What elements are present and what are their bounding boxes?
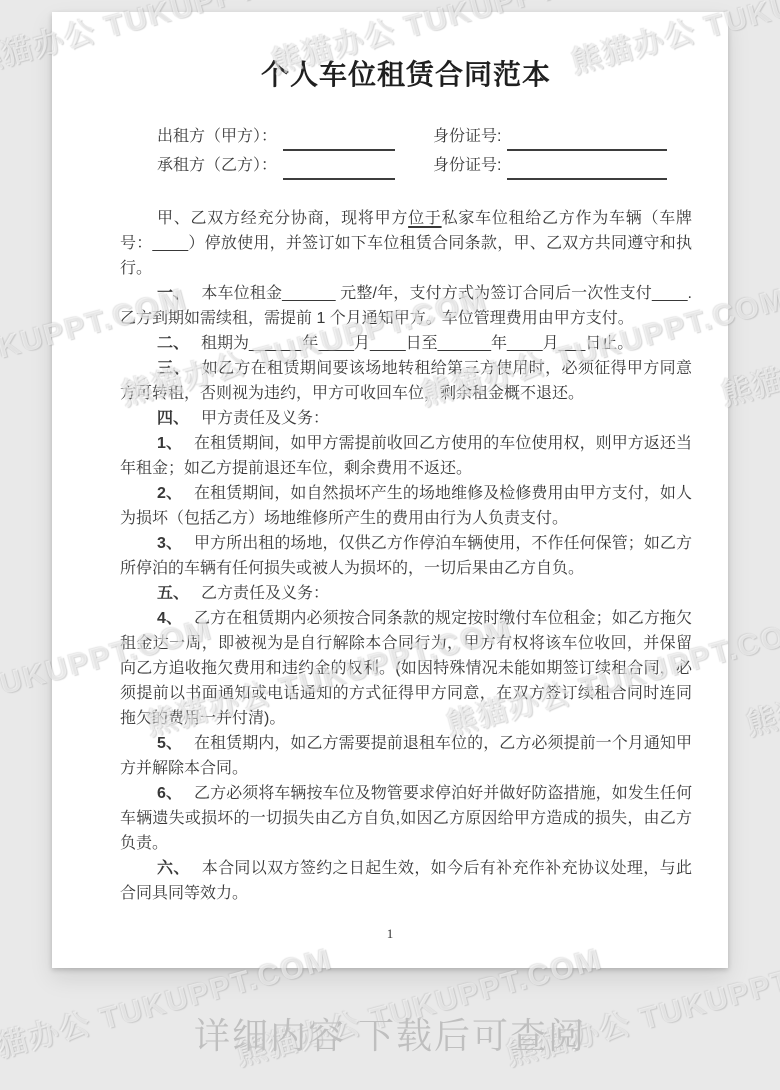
clause-paragraph: 六、本合同以双方签约之日起生效，如今后有补充作补充协议处理，与此合同具同等效力。 — [120, 856, 692, 906]
clause-marker: 五、 — [157, 585, 189, 602]
clause-paragraph: 6、乙方必须将车辆按车位及物管要求停泊好并做好防盗措施，如发生任何车辆遗失或损坏… — [120, 781, 692, 856]
clause-marker: 3、 — [157, 535, 182, 552]
clause-text: 租期为______年____月____日至______年____月___日止。 — [201, 335, 633, 352]
party-row-lessee: 承租方（乙方）： 身份证号: — [157, 151, 692, 180]
clause-marker: 1、 — [157, 435, 182, 452]
clause-paragraph: 二、租期为______年____月____日至______年____月___日止… — [120, 331, 692, 356]
clause-paragraph: 2、在租赁期间，如自然损坏产生的场地维修及检修费用由甲方支付，如人为损坏（包括乙… — [120, 481, 692, 531]
clause-paragraph: 1、在租赁期间，如甲方需提前收回乙方使用的车位使用权，则甲方返还当年租金；如乙方… — [120, 431, 692, 481]
lessee-name-blank — [283, 158, 395, 180]
clause-marker: 二、 — [157, 335, 189, 352]
clause-text: 本合同以双方签约之日起生效，如今后有补充作补充协议处理，与此合同具同等效力。 — [120, 860, 692, 902]
clause-text: 在租赁期内，如乙方需要提前退租车位的，乙方必须提前一个月通知甲方并解除本合同。 — [120, 735, 692, 777]
clause-paragraph: 三、如乙方在租赁期间要该场地转租给第三方使用时，必须征得甲方同意方可转租，否则视… — [120, 356, 692, 406]
lessor-id-label: 身份证号: — [433, 122, 501, 151]
page-number: 1 — [52, 926, 728, 942]
footer-caption: 详细内容 下载后可查阅 — [0, 1014, 780, 1057]
lessor-id-blank — [507, 129, 667, 151]
lessee-id-label: 身份证号: — [433, 151, 501, 180]
intro-pre-text: 甲、乙双方经充分协商，现将甲方 — [157, 210, 408, 227]
clause-paragraph: 五、乙方责任及义务： — [120, 581, 692, 606]
clause-text: 本车位租金______ 元整/年，支付方式为签订合同后一次性支付____.乙方到… — [120, 285, 692, 327]
clause-marker: 四、 — [157, 410, 189, 427]
clause-marker: 6、 — [157, 785, 182, 802]
clause-text: 在租赁期间，如甲方需提前收回乙方使用的车位使用权，则甲方返还当年租金；如乙方提前… — [120, 435, 692, 477]
clause-text: 乙方在租赁期内必须按合同条款的规定按时缴付车位租金；如乙方拖欠租金达一周，即被视… — [120, 610, 692, 727]
clause-paragraph: 四、甲方责任及义务： — [120, 406, 692, 431]
lessee-id-blank — [507, 158, 667, 180]
clause-marker: 2、 — [157, 485, 182, 502]
contract-body: 甲、乙双方经充分协商，现将甲方位于私家车位租给乙方作为车辆（车牌号：____）停… — [120, 206, 692, 906]
clause-text: 甲方责任及义务： — [201, 410, 329, 427]
clause-text: 乙方责任及义务： — [201, 585, 329, 602]
clause-text: 甲方所出租的场地，仅供乙方作停泊车辆使用，不作任何保管；如乙方所停泊的车辆有任何… — [120, 535, 692, 577]
party-row-lessor: 出租方（甲方）： 身份证号: — [157, 122, 692, 151]
clause-paragraph: 5、在租赁期内，如乙方需要提前退租车位的，乙方必须提前一个月通知甲方并解除本合同… — [120, 731, 692, 781]
clause-text: 在租赁期间，如自然损坏产生的场地维修及检修费用由甲方支付，如人为损坏（包括乙方）… — [120, 485, 692, 527]
clause-paragraph: 4、乙方在租赁期内必须按合同条款的规定按时缴付车位租金；如乙方拖欠租金达一周，即… — [120, 606, 692, 731]
clause-text: 乙方必须将车辆按车位及物管要求停泊好并做好防盗措施，如发生任何车辆遗失或损坏的一… — [120, 785, 692, 852]
clause-marker: 5、 — [157, 735, 182, 752]
lessor-name-blank — [283, 129, 395, 151]
page-background: 个人车位租赁合同范本 出租方（甲方）： 身份证号: 承租方（乙方）： 身份证号:… — [0, 0, 780, 1090]
clause-paragraph: 一、本车位租金______ 元整/年，支付方式为签订合同后一次性支付____.乙… — [120, 281, 692, 331]
parties-block: 出租方（甲方）： 身份证号: 承租方（乙方）： 身份证号: — [157, 122, 692, 180]
lessor-label: 出租方（甲方）： — [157, 122, 277, 151]
lessee-label: 承租方（乙方）： — [157, 151, 277, 180]
clause-text: 如乙方在租赁期间要该场地转租给第三方使用时，必须征得甲方同意方可转租，否则视为违… — [120, 360, 692, 402]
intro-paragraph: 甲、乙双方经充分协商，现将甲方位于私家车位租给乙方作为车辆（车牌号：____）停… — [120, 206, 692, 281]
document-page: 个人车位租赁合同范本 出租方（甲方）： 身份证号: 承租方（乙方）： 身份证号:… — [52, 12, 728, 968]
clause-marker: 4、 — [157, 610, 182, 627]
intro-underlined-text: 位于 — [408, 210, 441, 227]
clause-marker: 六、 — [157, 860, 190, 877]
clause-paragraph: 3、甲方所出租的场地，仅供乙方作停泊车辆使用，不作任何保管；如乙方所停泊的车辆有… — [120, 531, 692, 581]
document-title: 个人车位租赁合同范本 — [120, 58, 692, 92]
clause-marker: 三、 — [157, 360, 190, 377]
watermark-text: 熊猫办公 TUKUPPT.COM — [741, 604, 780, 744]
clause-marker: 一、 — [157, 285, 189, 302]
